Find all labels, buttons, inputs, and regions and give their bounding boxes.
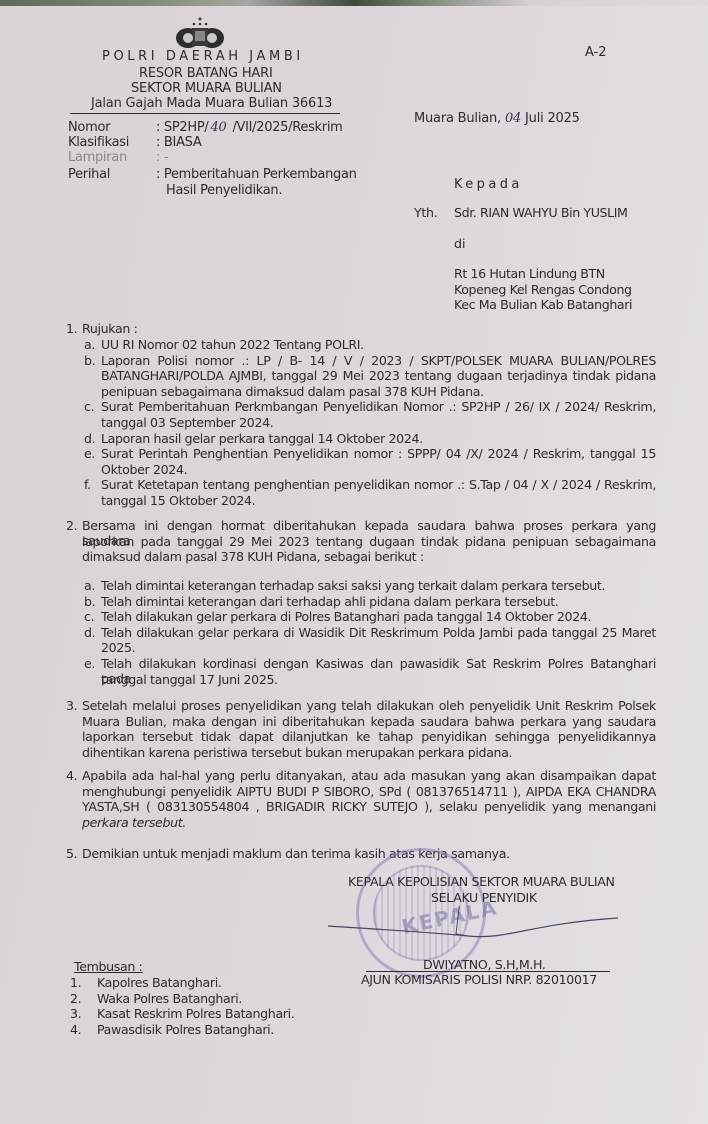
signature-scribble xyxy=(328,906,618,956)
paragraph-number: 1. xyxy=(66,321,77,336)
klasifikasi-label: Klasifikasi xyxy=(68,135,129,150)
list-marker: a. xyxy=(84,337,95,352)
paragraph-line: laporkan pada tanggal 29 Mei 2023 tentan… xyxy=(82,534,656,549)
perihal-line2: Hasil Penyelidikan. xyxy=(166,183,282,198)
list-marker: b. xyxy=(84,353,95,368)
recipient-di: di xyxy=(454,236,466,251)
nomor-value: : SP2HP/40/VII/2025/Reskrim xyxy=(156,120,343,135)
paragraph-line: dihentikan karena peristiwa tersebut buk… xyxy=(82,745,512,760)
signatory-name: DWIYATNO, S.H,M.H. xyxy=(423,957,546,972)
paragraph-line: YASTA,SH ( 083130554804 , BRIGADIR RICKY… xyxy=(82,799,656,814)
lampiran-label: Lampiran xyxy=(68,150,127,165)
tembusan-item: Kasat Reskrim Polres Batanghari. xyxy=(97,1006,294,1021)
tembusan-number: 3. xyxy=(70,1006,81,1021)
list-marker: b. xyxy=(84,594,95,609)
date-month-year: Juli 2025 xyxy=(525,111,580,126)
progress-item-line: Telah dilakukan gelar perkara di Polres … xyxy=(101,609,591,624)
rujukan-item-line: Oktober 2024. xyxy=(101,462,187,477)
header-address: Jalan Gajah Mada Muara Bulian 36613 xyxy=(91,96,332,111)
rujukan-item-line: tanggal 15 Oktober 2024. xyxy=(101,493,255,508)
recipient-address-line: Rt 16 Hutan Lindung BTN xyxy=(454,266,605,281)
perihal-line1: : Pemberitahuan Perkembangan xyxy=(156,167,357,182)
rujukan-item-line: Surat Pemberitahuan Perkmbangan Penyelid… xyxy=(101,399,656,414)
rujukan-item-line: Surat Ketetapan tentang penghentian peny… xyxy=(101,477,656,492)
progress-item-line: Telah dilakukan gelar perkara di Wasidik… xyxy=(101,625,656,640)
tembusan-number: 2. xyxy=(70,991,81,1006)
lampiran-value: : - xyxy=(156,150,168,165)
tembusan-item: Pawasdisik Polres Batanghari. xyxy=(97,1022,274,1037)
photo-edge-background xyxy=(0,0,708,6)
nomor-label: Nomor xyxy=(68,120,110,135)
date-place: Muara Bulian, xyxy=(414,111,501,126)
header-line-resor: RESOR BATANG HARI xyxy=(139,66,273,81)
paragraph-line: menghubungi penyelidik AIPTU BUDI P SIBO… xyxy=(82,784,656,799)
paragraph-line: perkara tersebut. xyxy=(82,815,186,830)
tembusan-item: Waka Polres Batanghari. xyxy=(97,991,242,1006)
nomor-handwritten: 40 xyxy=(208,120,232,135)
progress-item-line: tanggal tanggal 17 Juni 2025. xyxy=(101,672,278,687)
paragraph-line: dimaksud dalam pasal 378 KUH Pidana, seb… xyxy=(82,549,424,564)
list-marker: f. xyxy=(84,477,91,492)
list-marker: a. xyxy=(84,578,95,593)
list-marker: d. xyxy=(84,431,95,446)
document-code: A-2 xyxy=(585,45,607,60)
signatory-rank: AJUN KOMISARIS POLISI NRP. 82010017 xyxy=(361,972,597,987)
tembusan-number: 4. xyxy=(70,1022,81,1037)
rujukan-item-line: Laporan Polisi nomor .: LP / B- 14 / V /… xyxy=(101,353,656,368)
klasifikasi-value: : BIASA xyxy=(156,135,201,150)
perihal-label: Perihal xyxy=(68,167,110,182)
list-marker: d. xyxy=(84,625,95,640)
list-marker: c. xyxy=(84,609,94,624)
letter-date: Muara Bulian, 04 Juli 2025 xyxy=(414,111,580,126)
kepada-heading: Kepada xyxy=(454,177,523,192)
paragraph-number: 4. xyxy=(66,768,77,783)
paragraph-line: Muara Bulian, maka dengan ini diberitahu… xyxy=(82,714,656,729)
progress-item-line: Telah dimintai keterangan terhadap saksi… xyxy=(101,578,605,593)
rujukan-item-line: tanggal 03 September 2024. xyxy=(101,415,273,430)
paragraph-line: laporkan tersebut tidak dapat dilanjutka… xyxy=(82,729,656,744)
paragraph-number: 5. xyxy=(66,846,77,861)
tembusan-item: Kapolres Batanghari. xyxy=(97,975,222,990)
tembusan-title: Tembusan : xyxy=(74,959,143,974)
recipient-address-line: Kec Ma Bulian Kab Batanghari xyxy=(454,297,632,312)
rujukan-item-line: Laporan hasil gelar perkara tanggal 14 O… xyxy=(101,431,423,446)
progress-item-line: 2025. xyxy=(101,640,135,655)
paragraph-number: 3. xyxy=(66,698,77,713)
nomor-suffix: /VII/2025/Reskrim xyxy=(232,120,342,135)
header-line-sektor: SEKTOR MUARA BULIAN xyxy=(131,81,282,96)
recipient-name: Sdr. RIAN WAHYU Bin YUSLIM xyxy=(454,205,628,220)
signatory-role: SELAKU PENYIDIK xyxy=(431,890,537,905)
header-line-polri: POLRI DAERAH JAMBI xyxy=(102,49,304,64)
yth-label: Yth. xyxy=(414,205,437,220)
paragraph-line: Apabila ada hal-hal yang perlu ditanyaka… xyxy=(82,768,656,783)
rujukan-title: Rujukan : xyxy=(82,321,138,336)
paragraph-number: 2. xyxy=(66,518,77,533)
signatory-title: KEPALA KEPOLISIAN SEKTOR MUARA BULIAN xyxy=(348,874,615,889)
rujukan-item-line: BATANGHARI/POLDA AJMBI, tanggal 29 Mei 2… xyxy=(101,368,656,383)
list-marker: c. xyxy=(84,399,94,414)
tembusan-number: 1. xyxy=(70,975,81,990)
rujukan-item-line: penipuan sebagaimana dimaksud dalam pasa… xyxy=(101,384,484,399)
header-divider xyxy=(70,113,340,114)
rujukan-item-line: Surat Perintah Penghentian Penyelidikan … xyxy=(101,446,656,461)
progress-item-line: Telah dimintai keterangan dari terhadap … xyxy=(101,594,558,609)
list-marker: e. xyxy=(84,446,95,461)
rujukan-item-line: UU RI Nomor 02 tahun 2022 Tentang POLRI. xyxy=(101,337,364,352)
paragraph-line: Setelah melalui proses penyelidikan yang… xyxy=(82,698,656,713)
date-day-handwritten: 04 xyxy=(505,111,521,126)
nomor-prefix: : SP2HP/ xyxy=(156,120,208,135)
recipient-address-line: Kopeneg Kel Rengas Condong xyxy=(454,282,632,297)
polri-crest-icon xyxy=(170,16,230,50)
list-marker: e. xyxy=(84,656,95,671)
